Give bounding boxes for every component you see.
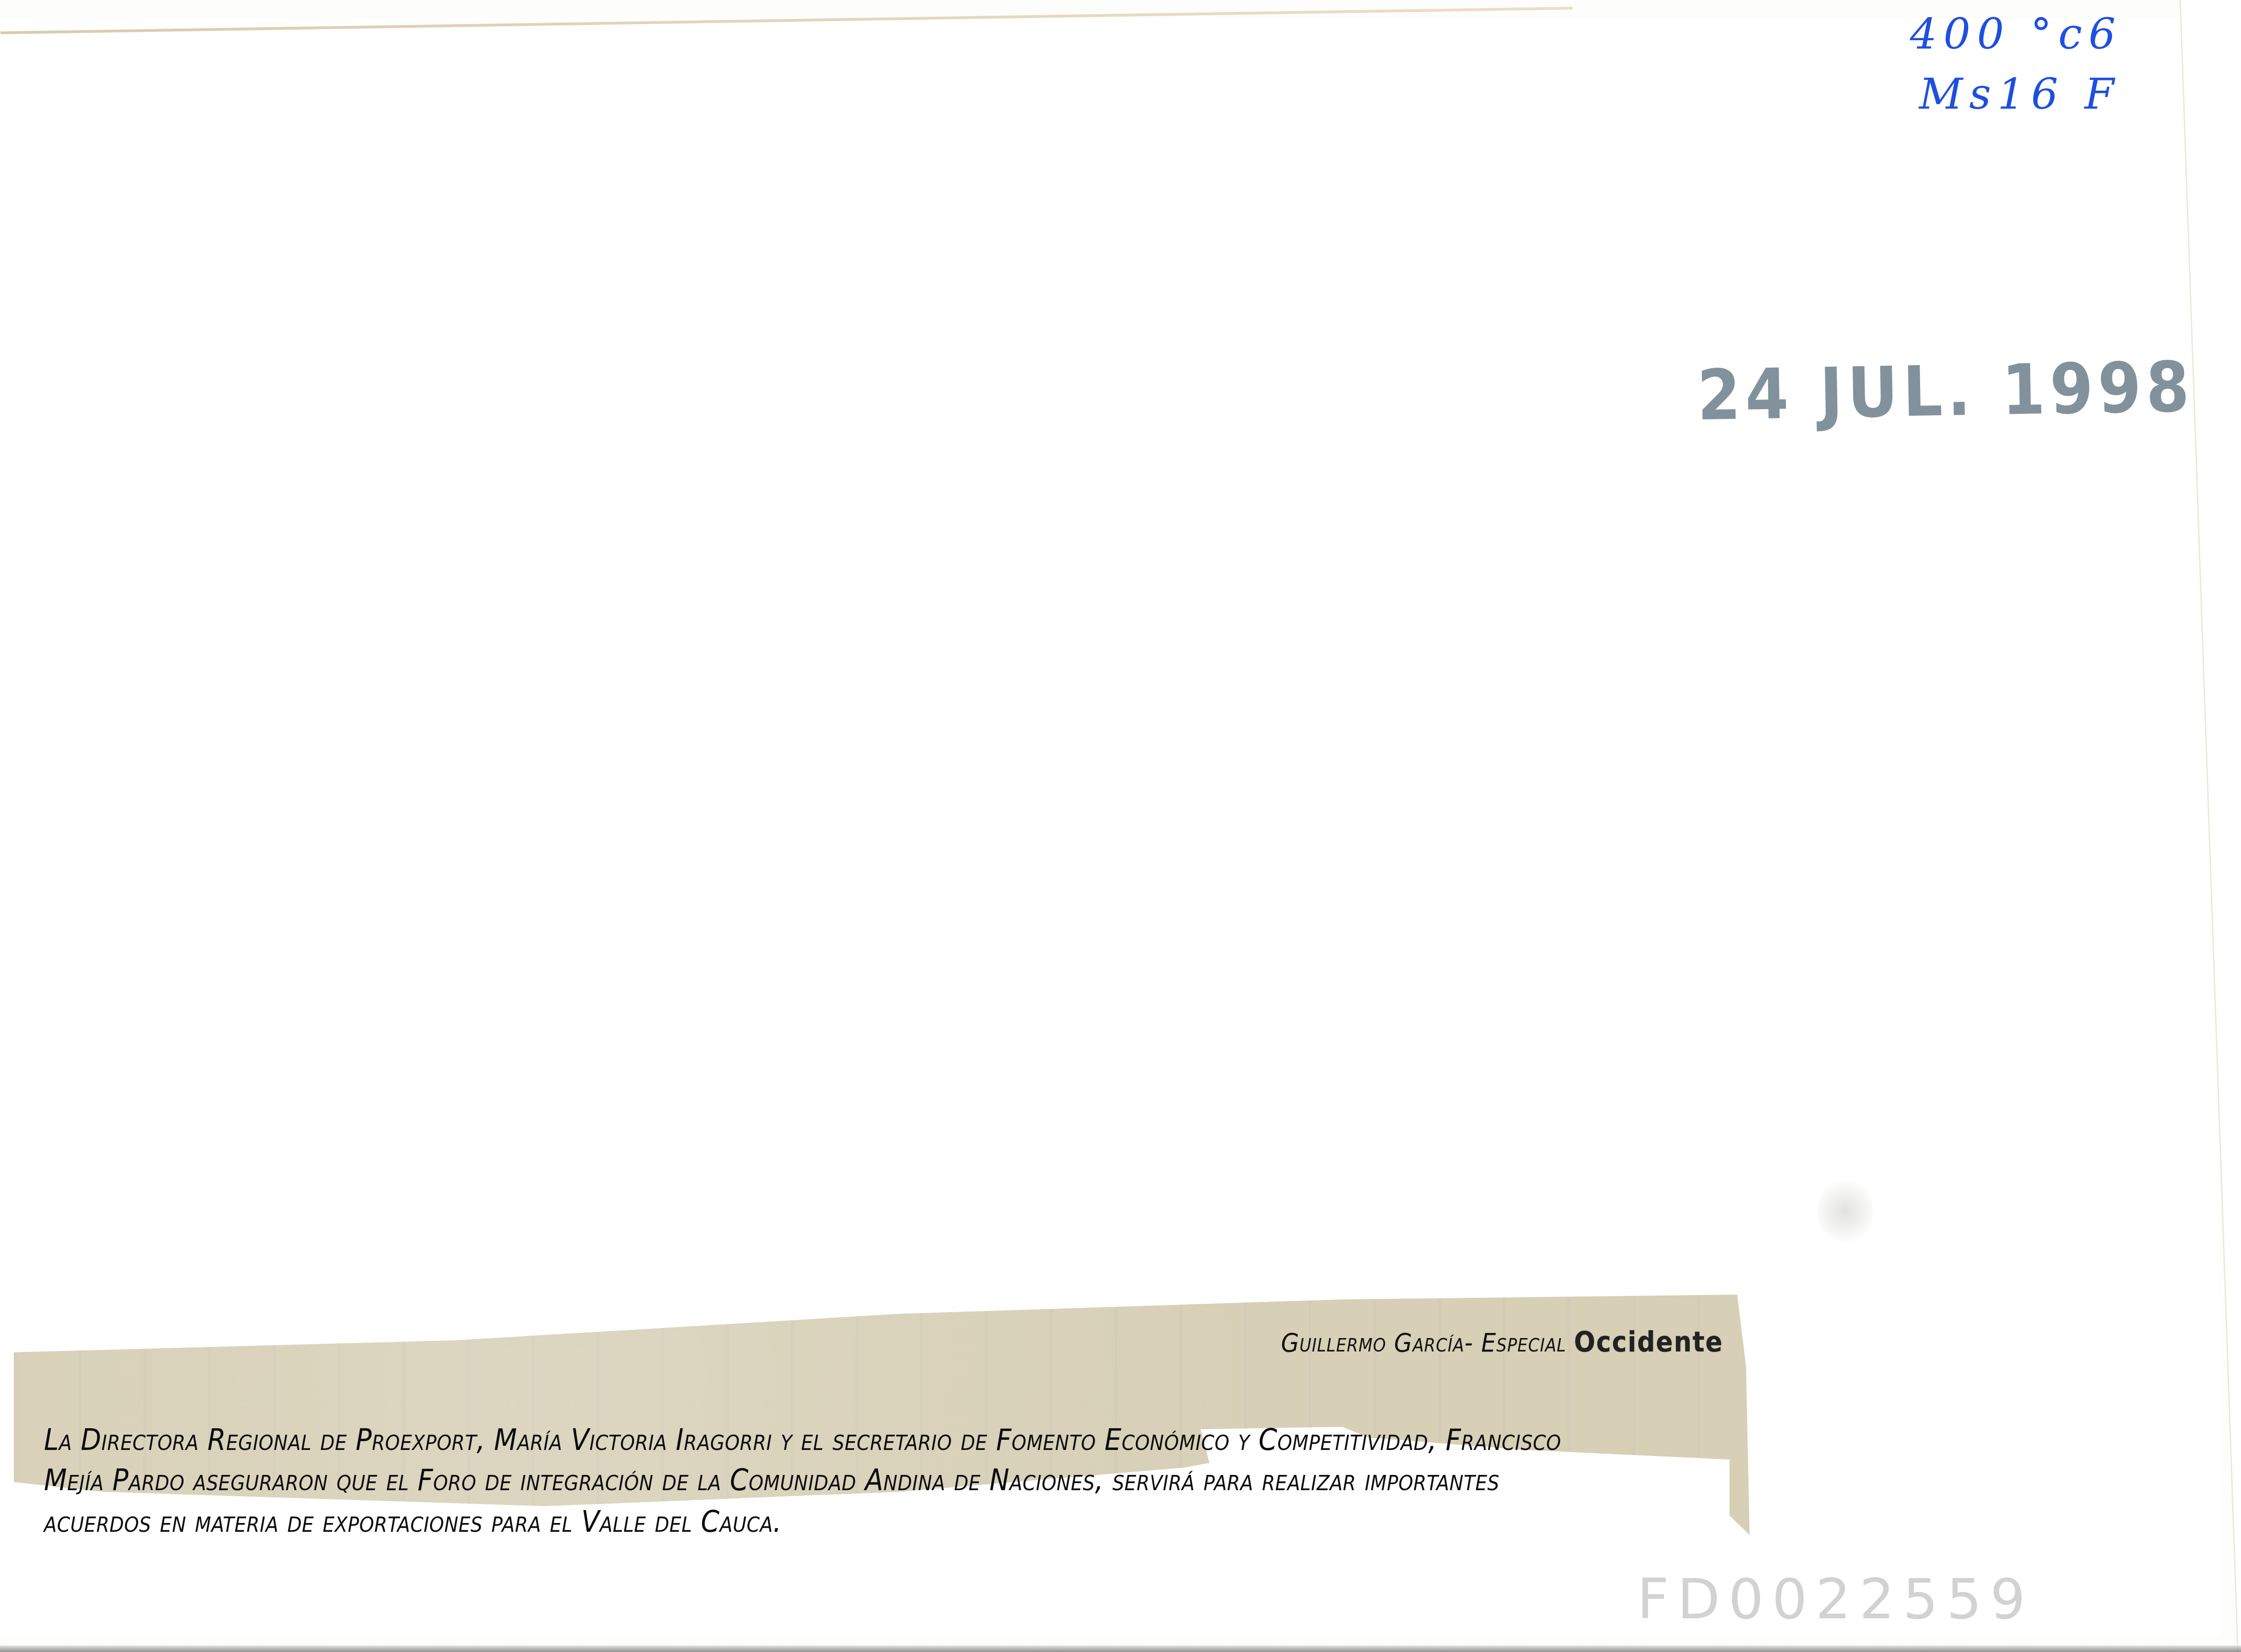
paper-bottom-edge <box>0 1646 2241 1652</box>
handwritten-note-line2: Ms16 F <box>1919 69 2121 119</box>
photo-credit: Guillermo García- Especial Occidente <box>1281 1326 1723 1358</box>
caption-line-1: La Directora Regional de Proexport, Marí… <box>44 1423 1561 1457</box>
credit-text: Guillermo García- Especial <box>1281 1328 1566 1358</box>
caption-line-3: acuerdos en materia de exportaciones par… <box>44 1505 782 1539</box>
handwritten-note-line1: 400 °c6 <box>1910 9 2122 59</box>
caption-line-2: Mejía Pardo aseguraron que el Foro de in… <box>44 1463 1499 1498</box>
paper-stain <box>1817 1174 1873 1248</box>
archive-code: FD0022559 <box>1637 1567 2034 1632</box>
date-stamp: 24 JUL. 1998 <box>1697 347 2195 436</box>
newspaper-name: Occidente <box>1574 1326 1723 1358</box>
